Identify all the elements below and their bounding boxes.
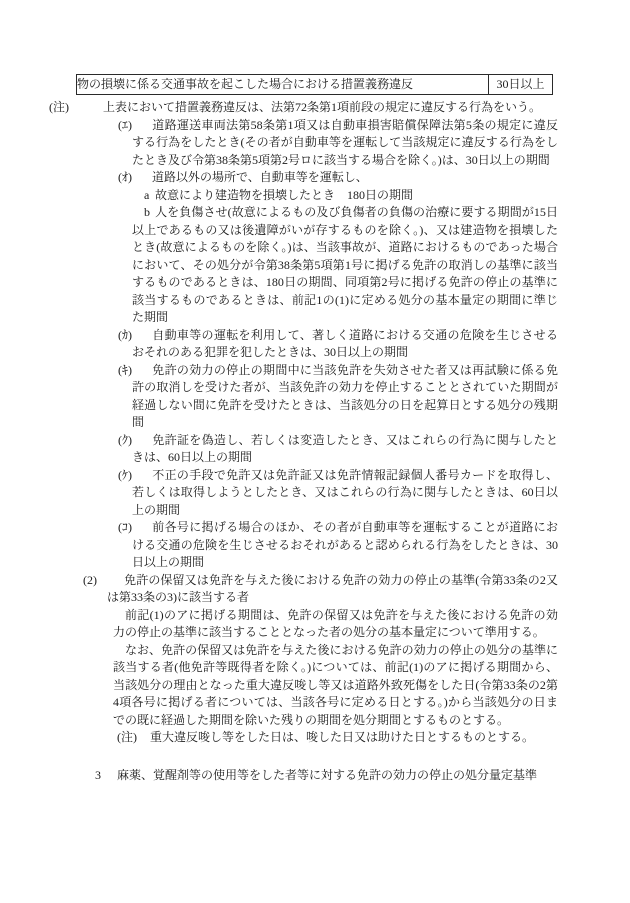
item-e: (ｴ)道路運送車両法第58条第1項又は自動車損害賠償保障法第5条の規定に違反する… — [76, 117, 558, 170]
penalty-table: 物の損壊に係る交通事故を起こした場合における措置義務違反 30日以上 — [76, 74, 553, 95]
section-3-heading: 3麻薬、覚醒剤等の使用等をした者等に対する免許の効力の停止の処分量定基準 — [76, 767, 558, 785]
item-ku-text: 免許証を偽造し、若しくは変造したとき、又はこれらの行為に関与したときは、60日以… — [132, 433, 558, 465]
period-cell: 30日以上 — [489, 75, 553, 95]
item-ka-text: 自動車等の運転を利用して、著しく道路における交通の危険を生じさせるおそれのある犯… — [132, 328, 558, 360]
section-2-label: (2) — [95, 572, 124, 590]
item-ko-text: 前各号に掲げる場合のほか、その者が自動車等を運転することが道路における交通の危険… — [132, 520, 558, 569]
subitem-b: b人を負傷させ(故意によるもの及び負傷者の負傷の治療に要する期間が15日以上であ… — [76, 204, 558, 327]
section-2-note: (注)重大違反唆し等をした日は、唆した日又は助けた日とするものとする。 — [76, 729, 558, 747]
section-2-para-1: 前記(1)のアに掲げる期間は、免許の保留又は免許を与えた後における免許の効力の停… — [76, 607, 558, 642]
subitem-b-label: b — [138, 204, 155, 222]
section-3-title: 麻薬、覚醒剤等の使用等をした者等に対する免許の効力の停止の処分量定基準 — [117, 768, 537, 782]
section-2-note-label: (注) — [117, 729, 150, 747]
item-ka: (ｶ)自動車等の運転を利用して、著しく道路における交通の危険を生じさせるおそれの… — [76, 327, 558, 362]
item-ke-text: 不正の手段で免許又は免許証又は免許情報記録個人番号カードを取得し、若しくは取得し… — [132, 468, 558, 517]
item-ku: (ｸ)免許証を偽造し、若しくは変造したとき、又はこれらの行為に関与したときは、6… — [76, 432, 558, 467]
subitem-a-text: 故意により建造物を損壊したとき 180日の期間 — [155, 188, 413, 202]
body-text: (注)上表において措置義務違反は、法第72条第1項前段の規定に違反する行為をいう… — [76, 99, 558, 784]
top-note-label: (注) — [76, 99, 103, 117]
document-page: 物の損壊に係る交通事故を起こした場合における措置義務違反 30日以上 (注)上表… — [0, 0, 630, 903]
item-ki-label: (ｷ) — [125, 362, 152, 380]
subitem-a-label: a — [138, 187, 155, 205]
document-body: 物の損壊に係る交通事故を起こした場合における措置義務違反 30日以上 (注)上表… — [76, 74, 558, 784]
item-e-label: (ｴ) — [125, 117, 152, 135]
item-o-text: 道路以外の場所で、自動車等を運転し、 — [152, 170, 368, 184]
violation-cell: 物の損壊に係る交通事故を起こした場合における措置義務違反 — [77, 75, 489, 95]
item-o-label: (ｵ) — [125, 169, 152, 187]
top-note: (注)上表において措置義務違反は、法第72条第1項前段の規定に違反する行為をいう… — [76, 99, 558, 117]
section-2-note-text: 重大違反唆し等をした日は、唆した日又は助けた日とするものとする。 — [150, 730, 534, 744]
item-ke: (ｹ)不正の手段で免許又は免許証又は免許情報記録個人番号カードを取得し、若しくは… — [76, 467, 558, 520]
section-2-heading: (2)免許の保留又は免許を与えた後における免許の効力の停止の基準(令第33条の2… — [76, 572, 558, 607]
section-3-number: 3 — [95, 767, 117, 785]
item-ke-label: (ｹ) — [125, 467, 152, 485]
section-2-heading-text: 免許の保留又は免許を与えた後における免許の効力の停止の基準(令第33条の2又は第… — [107, 573, 558, 605]
item-ko-label: (ｺ) — [125, 519, 152, 537]
top-note-text: 上表において措置義務違反は、法第72条第1項前段の規定に違反する行為をいう。 — [103, 100, 541, 114]
penalty-table-row: 物の損壊に係る交通事故を起こした場合における措置義務違反 30日以上 — [77, 75, 553, 95]
item-o: (ｵ)道路以外の場所で、自動車等を運転し、 — [76, 169, 558, 187]
item-ku-label: (ｸ) — [125, 432, 152, 450]
item-ki: (ｷ)免許の効力の停止の期間中に当該免許を失効させた者又は再試験に係る免許の取消… — [76, 362, 558, 432]
item-ko: (ｺ)前各号に掲げる場合のほか、その者が自動車等を運転することが道路における交通… — [76, 519, 558, 572]
subitem-a: a故意により建造物を損壊したとき 180日の期間 — [76, 187, 558, 205]
item-ka-label: (ｶ) — [125, 327, 152, 345]
subitem-b-text: 人を負傷させ(故意によるもの及び負傷者の負傷の治療に要する期間が15日以上である… — [132, 205, 558, 324]
section-2-para-2: なお、免許の保留又は免許を与えた後における免許の効力の停止の処分の基準に該当する… — [76, 642, 558, 730]
item-e-text: 道路運送車両法第58条第1項又は自動車損害賠償保障法第5条の規定に違反する行為を… — [132, 118, 558, 167]
item-ki-text: 免許の効力の停止の期間中に当該免許を失効させた者又は再試験に係る免許の取消しを受… — [132, 363, 558, 430]
